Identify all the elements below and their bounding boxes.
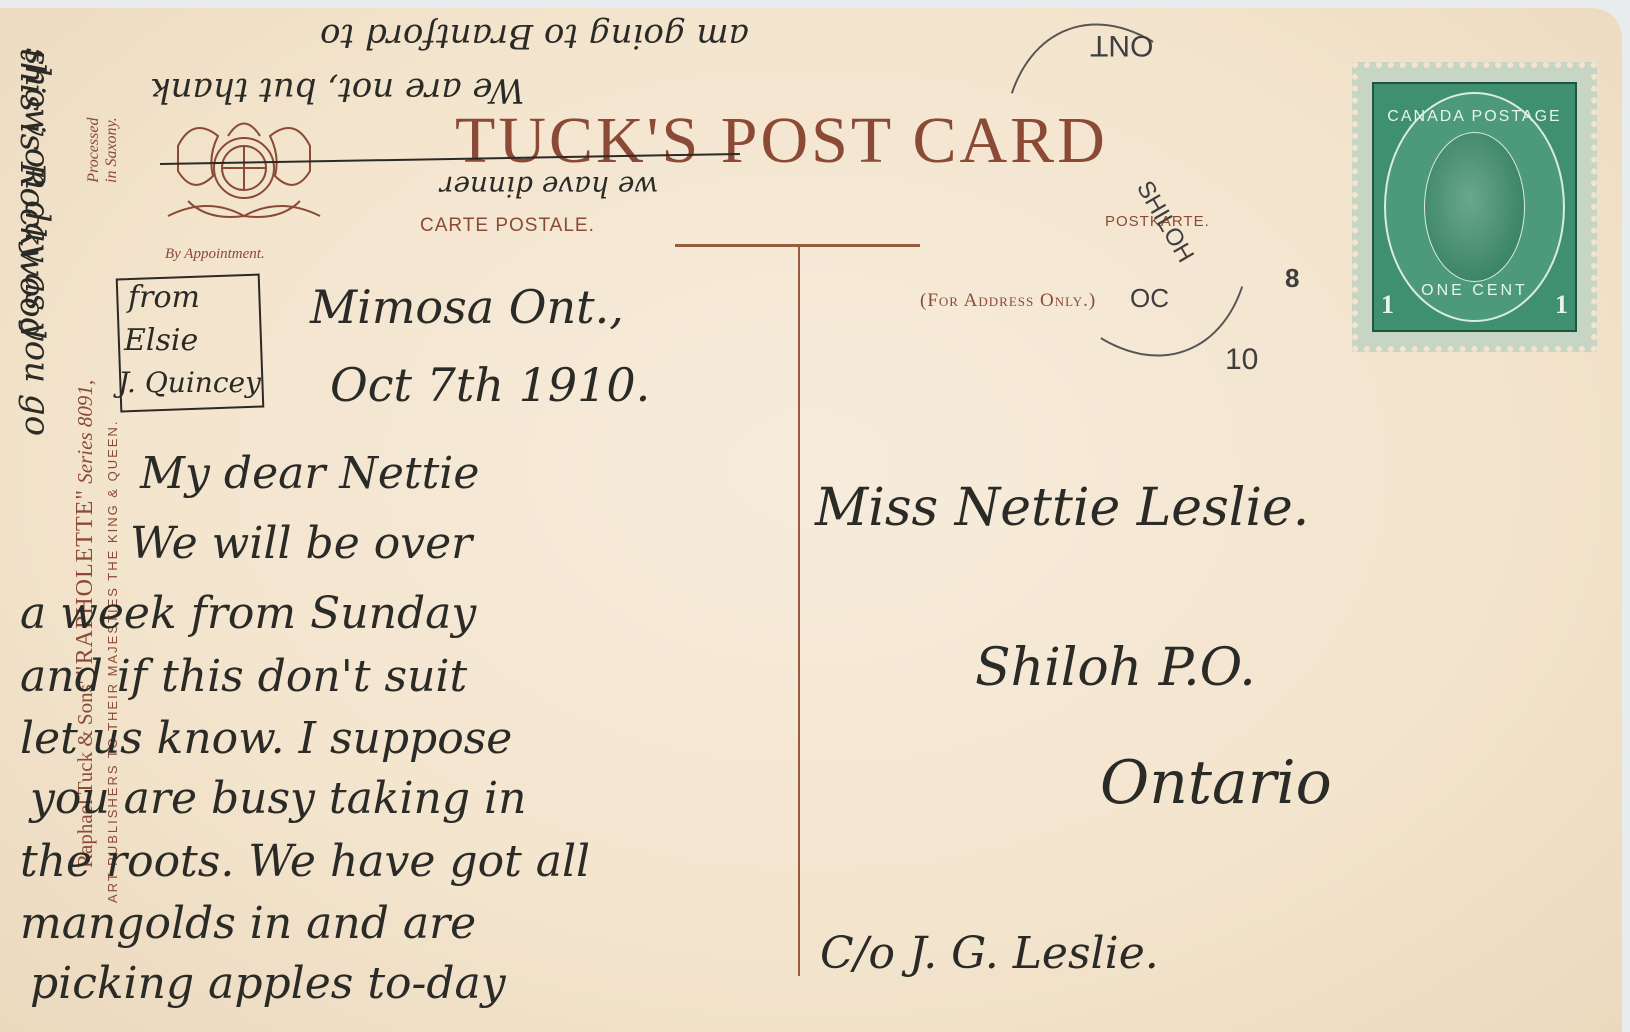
message-line-1: We will be over bbox=[130, 518, 472, 569]
postmark-ring bbox=[958, 8, 1296, 392]
address-care-of: C/o J. G. Leslie. bbox=[820, 928, 1159, 979]
from-line-3: J. Quincey bbox=[118, 366, 261, 399]
publisher-brand: "RAPHOLETTE" bbox=[72, 489, 98, 675]
from-line-2: Elsie bbox=[124, 323, 198, 358]
address-name: Miss Nettie Leslie. bbox=[815, 478, 1309, 538]
address-province: Ontario bbox=[1100, 748, 1332, 818]
processed-line-1: Processed bbox=[85, 117, 103, 183]
upside-down-line-2: We are not, but thank bbox=[150, 70, 525, 110]
date: Oct 7th 1910. bbox=[330, 358, 650, 412]
processed-in-saxony: Processed in Saxony. bbox=[85, 117, 121, 183]
divider-vertical-line bbox=[798, 246, 800, 976]
from-line-1: from bbox=[128, 280, 200, 315]
postmark-province: ONT bbox=[1090, 28, 1153, 62]
royal-crest-icon bbox=[158, 106, 330, 236]
stamp-country-text: CANADA POSTAGE bbox=[1386, 108, 1563, 126]
stamp-oval: CANADA POSTAGE ONE CENT bbox=[1384, 92, 1565, 322]
stamp-value-text: ONE CENT bbox=[1386, 282, 1563, 300]
postmark-month: OC bbox=[1130, 283, 1169, 314]
margin-line-2: show on day as you go bbox=[17, 48, 57, 436]
message-line-6: the roots. We have got all bbox=[20, 836, 590, 887]
message-line-2: a week from Sunday bbox=[20, 588, 476, 639]
stamp-denomination-left: 1 bbox=[1378, 290, 1397, 320]
king-portrait-icon bbox=[1424, 132, 1525, 282]
address-town: Shiloh P.O. bbox=[975, 638, 1256, 698]
salutation: My dear Nettie bbox=[140, 448, 479, 499]
stamp-denomination-right: 1 bbox=[1552, 290, 1571, 320]
message-line-7: mangolds in and are bbox=[20, 898, 476, 949]
postage-stamp: CANADA POSTAGE ONE CENT 1 1 bbox=[1352, 62, 1597, 352]
postmark-day: 8 bbox=[1285, 263, 1299, 294]
upside-down-line-1: am going to Brantford to bbox=[320, 16, 749, 56]
message-line-4: let us know. I suppose bbox=[20, 713, 512, 764]
message-line-3: and if this don't suit bbox=[20, 651, 467, 702]
postcard: By Appointment. TUCK'S POST CARD CARTE P… bbox=[0, 8, 1622, 1032]
carte-postale-label: CARTE POSTALE. bbox=[420, 215, 595, 237]
stamp-frame: CANADA POSTAGE ONE CENT 1 1 bbox=[1372, 82, 1577, 332]
series-number: Series 8091, bbox=[73, 380, 97, 484]
place: Mimosa Ont., bbox=[310, 280, 624, 334]
message-line-8: picking apples to-day bbox=[30, 958, 506, 1009]
upside-down-line-3: we have dinner bbox=[440, 170, 658, 203]
by-appointment-text: By Appointment. bbox=[165, 246, 265, 263]
postmark-year: 10 bbox=[1225, 343, 1258, 377]
message-line-5: you are busy taking in bbox=[30, 773, 526, 824]
processed-line-2: in Saxony. bbox=[103, 117, 121, 183]
